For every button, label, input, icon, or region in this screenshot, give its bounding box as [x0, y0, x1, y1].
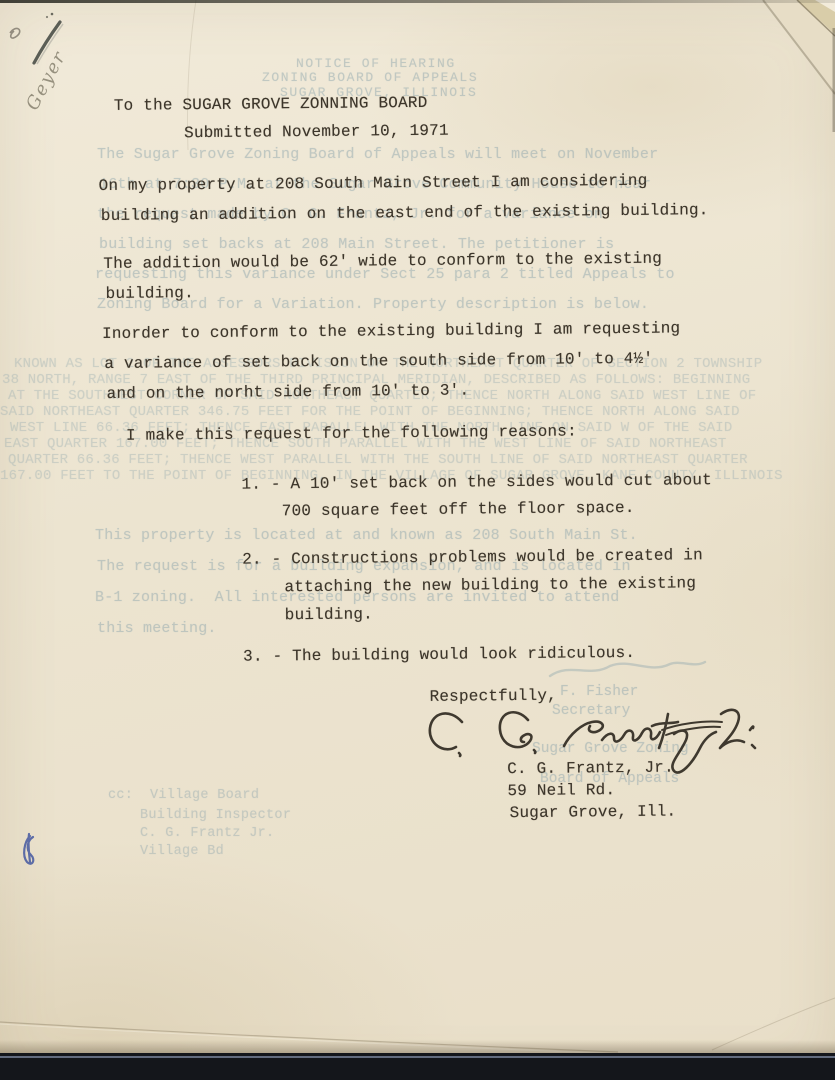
- scan-edge-top: [0, 0, 835, 3]
- staple-mark: [46, 16, 48, 18]
- pencil-check-mark: [10, 28, 20, 38]
- paper-bottom-shadow: [0, 1040, 835, 1053]
- pencil-and-ink-marks: [0, 0, 835, 1080]
- scan-edge-bottom: [0, 1053, 835, 1080]
- folded-corner: [745, 0, 835, 135]
- scan-edge-highlight-line: [0, 1056, 835, 1058]
- crease-line: [187, 0, 196, 150]
- staple-mark: [51, 13, 54, 16]
- scanned-letter-page: NOTICE OF HEARING ZONING BOARD OF APPEAL…: [0, 0, 835, 1080]
- blue-ink-scribble: [24, 834, 33, 864]
